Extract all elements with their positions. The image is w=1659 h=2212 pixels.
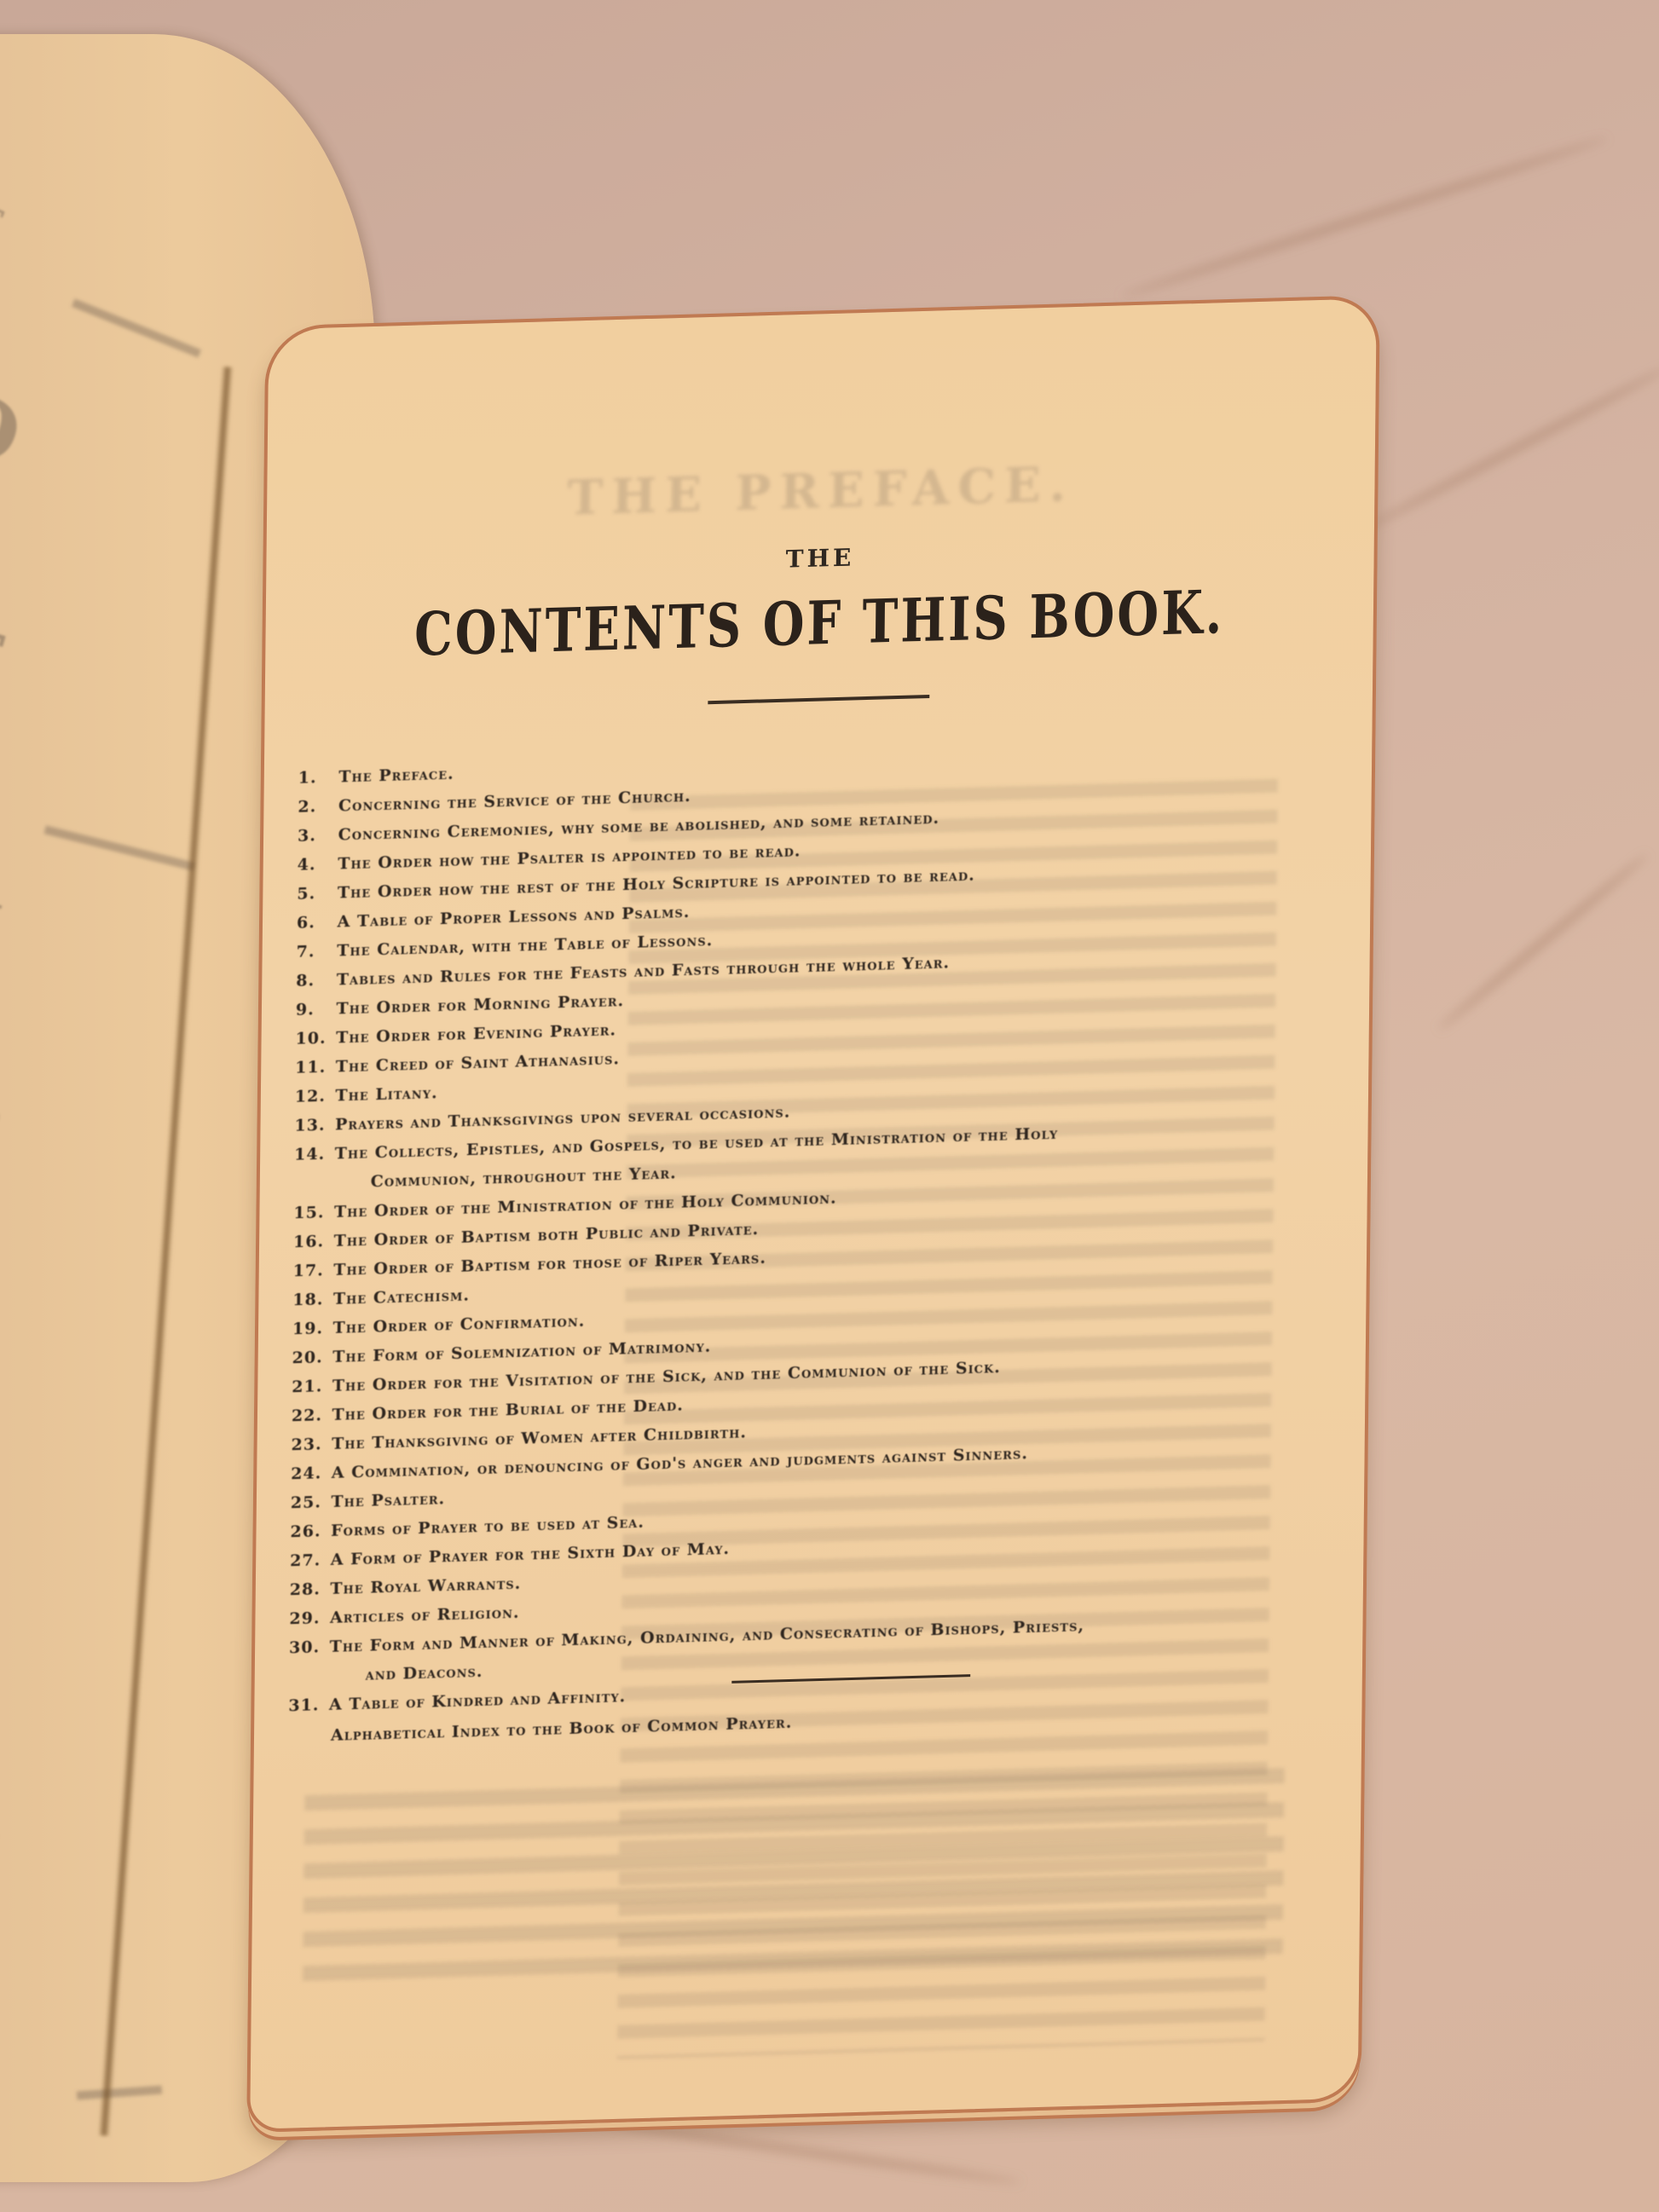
left-bleed-rule [77,2086,162,2100]
fabric-crease [598,2118,1022,2186]
left-bleed-line: SCANDA [0,1087,2,1138]
title-divider [708,695,929,704]
left-bleed-rule [43,825,194,870]
fabric-crease [1119,135,1609,301]
right-page: THE PREFACE. THE CONTENTS OF THIS BOOK. … [246,295,1380,2133]
fabric-crease [1365,364,1659,532]
fabric-crease [1436,851,1650,1032]
left-bleed-line: THE SA [0,542,10,693]
left-bleed-line: COMMON [0,226,33,486]
alphabetical-index-line: Alphabetical Index to the Book of Common… [331,1713,793,1745]
contents-list: 1. The Preface. 2. Concerning the Servic… [288,735,1338,1721]
left-bleed-line: PROP [0,855,7,958]
left-bleed-line: SAMUEL [0,1817,1,1864]
page-content: THE CONTENTS OF THIS BOOK. 1. The Prefac… [250,298,1377,2129]
left-bleed-rule [72,298,201,357]
page-title: CONTENTS OF THIS BOOK. [265,573,1373,674]
left-bleed-line: THE BOOK [0,111,8,244]
